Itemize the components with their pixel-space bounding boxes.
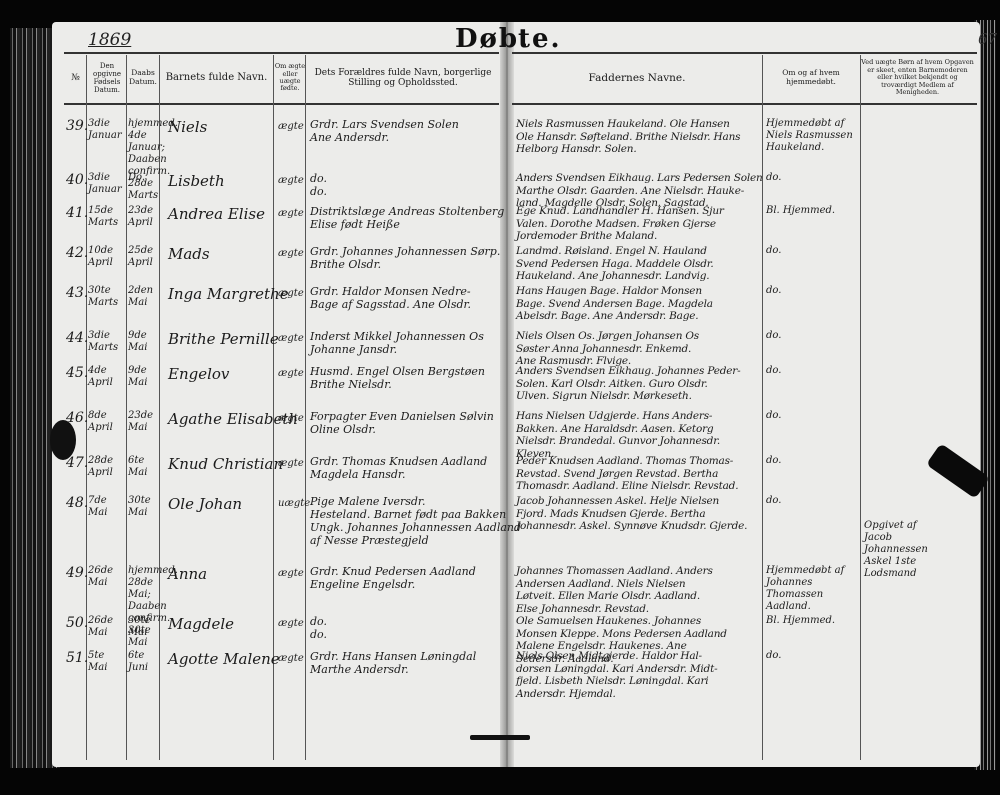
sponsor-line: Ulven. Sigrun Nielsdr. Mørkeseth. [516,390,692,403]
entry-number: 40. [66,172,88,189]
baptism-date: 2den Mai [128,285,158,309]
birth-date: 3die Januar [88,118,126,142]
entry-number: 50. [66,615,88,632]
sponsor-line: Nielsdr. Brandedal. Gunvor Johannesdr. [516,435,720,448]
sponsor-line: Andersen Aadland. Niels Nielsen [516,578,685,591]
parents-line: Grdr. Hans Hansen Løningdal [310,650,476,663]
sponsor-line: Hans Nielsen Udgjerde. Hans Anders- [516,410,712,423]
column-rule [762,55,763,760]
header-number: № [64,55,87,101]
child-name: Mads [168,245,210,263]
sponsor-line: Niels Olsen Midtgjerde. Haldor Hal- [516,650,702,663]
birth-date: 4de April [88,365,126,389]
sponsor-line: Jordemoder Brithe Maland. [516,230,657,243]
parents-line: Grdr. Haldor Monsen Nedre- [310,285,471,298]
birth-date: 26de Mai [88,615,126,639]
header-legitimacy: Om ægte eller uægte fødte. [274,55,306,101]
header-baptism-date: Daabs Datum. [127,55,159,101]
sponsor-line: Niels Olsen Os. Jørgen Johansen Os [516,330,699,343]
sponsor-line: Landmd. Røisland. Engel N. Hauland [516,245,707,258]
entry-number: 39. [66,118,88,135]
parents-line: Grdr. Lars Svendsen Solen [310,118,459,131]
title-right: te. [518,24,562,54]
birth-date: 15de Marts [88,205,126,229]
baptism-date: 25de April [128,245,158,269]
parents-line: do. [310,615,327,628]
legitimacy: ægte [278,333,304,345]
child-name: Andrea Elise [168,205,265,223]
parents-line: Pige Malene Iversdr. [310,495,425,508]
sponsor-line: Helborg Hansdr. Solen. [516,143,636,156]
parents-line: Engeline Engelsdr. [310,578,415,591]
book-scan: 1869 Døb. te. 67 № Den opgivne Fødsels D… [0,0,1000,795]
parents-line: Brithe Olsdr. [310,258,381,271]
home-baptism: do. [766,650,858,662]
home-baptism: do. [766,410,858,422]
legitimacy: ægte [278,121,304,133]
header-top-rule-right [512,52,977,54]
parents-line: do. [310,628,327,641]
parents-line: Hesteland. Barnet født paa Bakken [310,508,506,521]
birth-date: 7de Mai [88,495,126,519]
entry-number: 44. [66,330,88,347]
sponsor-line: Anders Svendsen Eikhaug. Lars Pedersen S… [516,172,763,185]
sponsor-line: Svend Pedersen Haga. Maddele Olsdr. [516,258,714,271]
legitimacy: ægte [278,458,304,470]
entry-number: 45. [66,365,88,382]
sponsor-line: Ole Hansdr. Søfteland. Brithe Nielsdr. H… [516,131,740,144]
sponsor-line: Abelsdr. Bage. Ane Andersdr. Bage. [516,310,698,323]
parents-line: Grdr. Johannes Johannessen Sørp. [310,245,500,258]
sponsor-line: Thomasdr. Aadland. Eline Nielsdr. Revsta… [516,480,738,493]
legitimacy: uægte [278,498,310,510]
header-birth-date: Den opgivne Fødsels Datum. [87,55,127,101]
parents-line: Forpagter Even Danielsen Sølvin [310,410,494,423]
entry-number: 42. [66,245,88,262]
baptism-date: Do. [128,172,158,184]
legitimacy: ægte [278,208,304,220]
baptism-date: hjemmed. 4de Januar; Daaben confirm. 28d… [128,118,158,202]
birth-date: 3die Marts [88,330,126,354]
baptism-date: 9de Mai [128,330,158,354]
parents-line: Inderst Mikkel Johannessen Os [310,330,484,343]
header-bottom-rule [64,103,499,105]
child-name: Engelov [168,365,229,383]
birth-date: 28de April [88,455,126,479]
home-baptism: do. [766,245,858,257]
birth-date: 3die Januar [88,172,126,196]
legitimacy: ægte [278,413,304,425]
header-home-baptism: Om og af hvem hjemmedøbt. [762,55,860,101]
child-name: Niels [168,118,207,136]
sponsor-line: Løtveit. Ellen Marie Olsdr. Aadland. [516,590,700,603]
book-gutter [500,22,514,767]
sponsor-line: Johannesdr. Askel. Synnøve Knudsdr. Gjer… [516,520,747,533]
entry-number: 41. [66,205,88,222]
home-baptism: do. [766,365,858,377]
home-baptism: Hjemmedøbt af Johannes Thomassen Aadland… [766,565,858,613]
parents-line: Johanne Jansdr. [310,343,397,356]
baptism-date: 6te Mai [128,455,158,479]
parents-line: af Nesse Præstegjeld [310,534,429,547]
sponsor-line: Monsen Kleppe. Mons Pedersen Aadland [516,628,727,641]
header-sponsors: Faddernes Navne. [512,55,762,101]
parents-line: Marthe Andersdr. [310,663,409,676]
sponsor-line: Valen. Dorothe Madsen. Frøken Gjerse [516,218,716,231]
birth-date: 26de Mai [88,565,126,589]
entry-number: 46. [66,410,88,427]
sponsor-line: fjeld. Lisbeth Nielsdr. Løningdal. Kari [516,675,708,688]
legitimacy: ægte [278,175,304,187]
entry-number: 48. [66,495,88,512]
home-baptism: do. [766,330,858,342]
parents-line: Bage af Sagsstad. Ane Olsdr. [310,298,471,311]
baptism-date: 30te Mai [128,615,158,639]
legitimacy: ægte [278,653,304,665]
sponsor-line: Anders Svendsen Eikhaug. Johannes Peder- [516,365,740,378]
sponsor-line: Ole Samuelsen Haukenes. Johannes [516,615,701,628]
home-baptism: do. [766,455,858,467]
child-name: Inga Margrethe [168,285,289,303]
parents-line: Distriktslæge Andreas Stoltenberg [310,205,504,218]
header-bottom-rule-right [512,103,977,105]
birth-date: 8de April [88,410,126,434]
parents-line: Grdr. Knud Pedersen Aadland [310,565,476,578]
child-name: Ole Johan [168,495,242,513]
parents-line: Ane Andersdr. [310,131,389,144]
sponsor-line: Solen. Karl Olsdr. Aitken. Guro Olsdr. [516,378,708,391]
sponsor-line: Søster Anna Johannesdr. Enkemd. [516,343,691,356]
header-parents: Dets Forældres fulde Navn, borgerlige St… [306,55,500,101]
child-name: Lisbeth [168,172,225,190]
record-year: 1869 [88,30,131,50]
header-illegitimate-note: Ved uægte Børn af hvem Opgaven er skeet,… [860,55,975,101]
sponsor-line: Bage. Svend Andersen Bage. Magdela [516,298,713,311]
illegitimate-note: Opgivet af Jacob Johannessen Askel 1ste … [864,520,944,580]
home-baptism: do. [766,172,858,184]
entry-number: 47. [66,455,88,472]
sponsor-line: Fjord. Mads Knudsen Gjerde. Bertha [516,508,705,521]
header-child-name: Barnets fulde Navn. [159,55,274,101]
birth-date: 10de April [88,245,126,269]
column-rule [860,55,861,760]
home-baptism: do. [766,285,858,297]
birth-date: 30te Marts [88,285,126,309]
parents-line: Husmd. Engel Olsen Bergstøen [310,365,485,378]
sponsor-line: Haukeland. Ane Johannesdr. Landvig. [516,270,709,283]
baptism-date: 6te Juni [128,650,158,674]
column-rule [305,55,306,760]
sponsor-line: dorsen Løningdal. Kari Andersdr. Midt- [516,663,717,676]
baptism-date: 30te Mai [128,495,158,519]
baptism-date: 23de April [128,205,158,229]
entry-number: 43. [66,285,88,302]
home-baptism: do. [766,495,858,507]
child-name: Knud Christian [168,455,283,473]
parents-line: Ungk. Johannes Johannessen Aadland [310,521,521,534]
legitimacy: ægte [278,368,304,380]
sponsor-line: Johannes Thomassen Aadland. Anders [516,565,713,578]
page-marker-tab [470,735,530,740]
sponsor-line: Niels Rasmussen Haukeland. Ole Hansen [516,118,730,131]
legitimacy: ægte [278,288,304,300]
sponsor-line: Jacob Johannessen Askel. Helje Nielsen [516,495,719,508]
sponsor-line: Andersdr. Hjemdal. [516,688,616,701]
baptism-date: 23de Mai [128,410,158,434]
sponsor-line: Revstad. Svend Jørgen Revstad. Bertha [516,468,718,481]
parents-line: Grdr. Thomas Knudsen Aadland [310,455,487,468]
parents-line: do. [310,185,327,198]
folio-number: 67 [978,30,997,48]
sponsor-line: Else Johannesdr. Revstad. [516,603,649,616]
child-name: Magdele [168,615,234,633]
sponsor-line: Marthe Olsdr. Gaarden. Ane Nielsdr. Hauk… [516,185,744,198]
legitimacy: ægte [278,568,304,580]
parents-line: Elise født Heiße [310,218,400,231]
sponsor-line: Peder Knudsen Aadland. Thomas Thomas- [516,455,733,468]
column-rule [126,55,127,760]
legitimacy: ægte [278,248,304,260]
entry-number: 49. [66,565,88,582]
home-baptism: Bl. Hjemmed. [766,205,858,217]
home-baptism: Bl. Hjemmed. [766,615,858,627]
home-baptism: Hjemmedøbt af Niels Rasmussen Haukeland. [766,118,858,154]
parents-line: Brithe Nielsdr. [310,378,392,391]
child-name: Agotte Malene [168,650,280,668]
legitimacy: ægte [278,618,304,630]
child-name: Anna [168,565,207,583]
entry-number: 51. [66,650,88,667]
sponsor-line: Bakken. Ane Haraldsdr. Aasen. Ketorg [516,423,713,436]
sponsor-line: Hans Haugen Bage. Haldor Monsen [516,285,702,298]
header-top-rule [64,52,499,54]
parents-line: do. [310,172,327,185]
child-name: Brithe Pernille [168,330,279,348]
parents-line: Oline Olsdr. [310,423,376,436]
baptism-date: 9de Mai [128,365,158,389]
birth-date: 5te Mai [88,650,126,674]
sponsor-line: Ege Knud. Landhandler H. Hansen. Sjur [516,205,724,218]
parents-line: Magdela Hansdr. [310,468,405,481]
